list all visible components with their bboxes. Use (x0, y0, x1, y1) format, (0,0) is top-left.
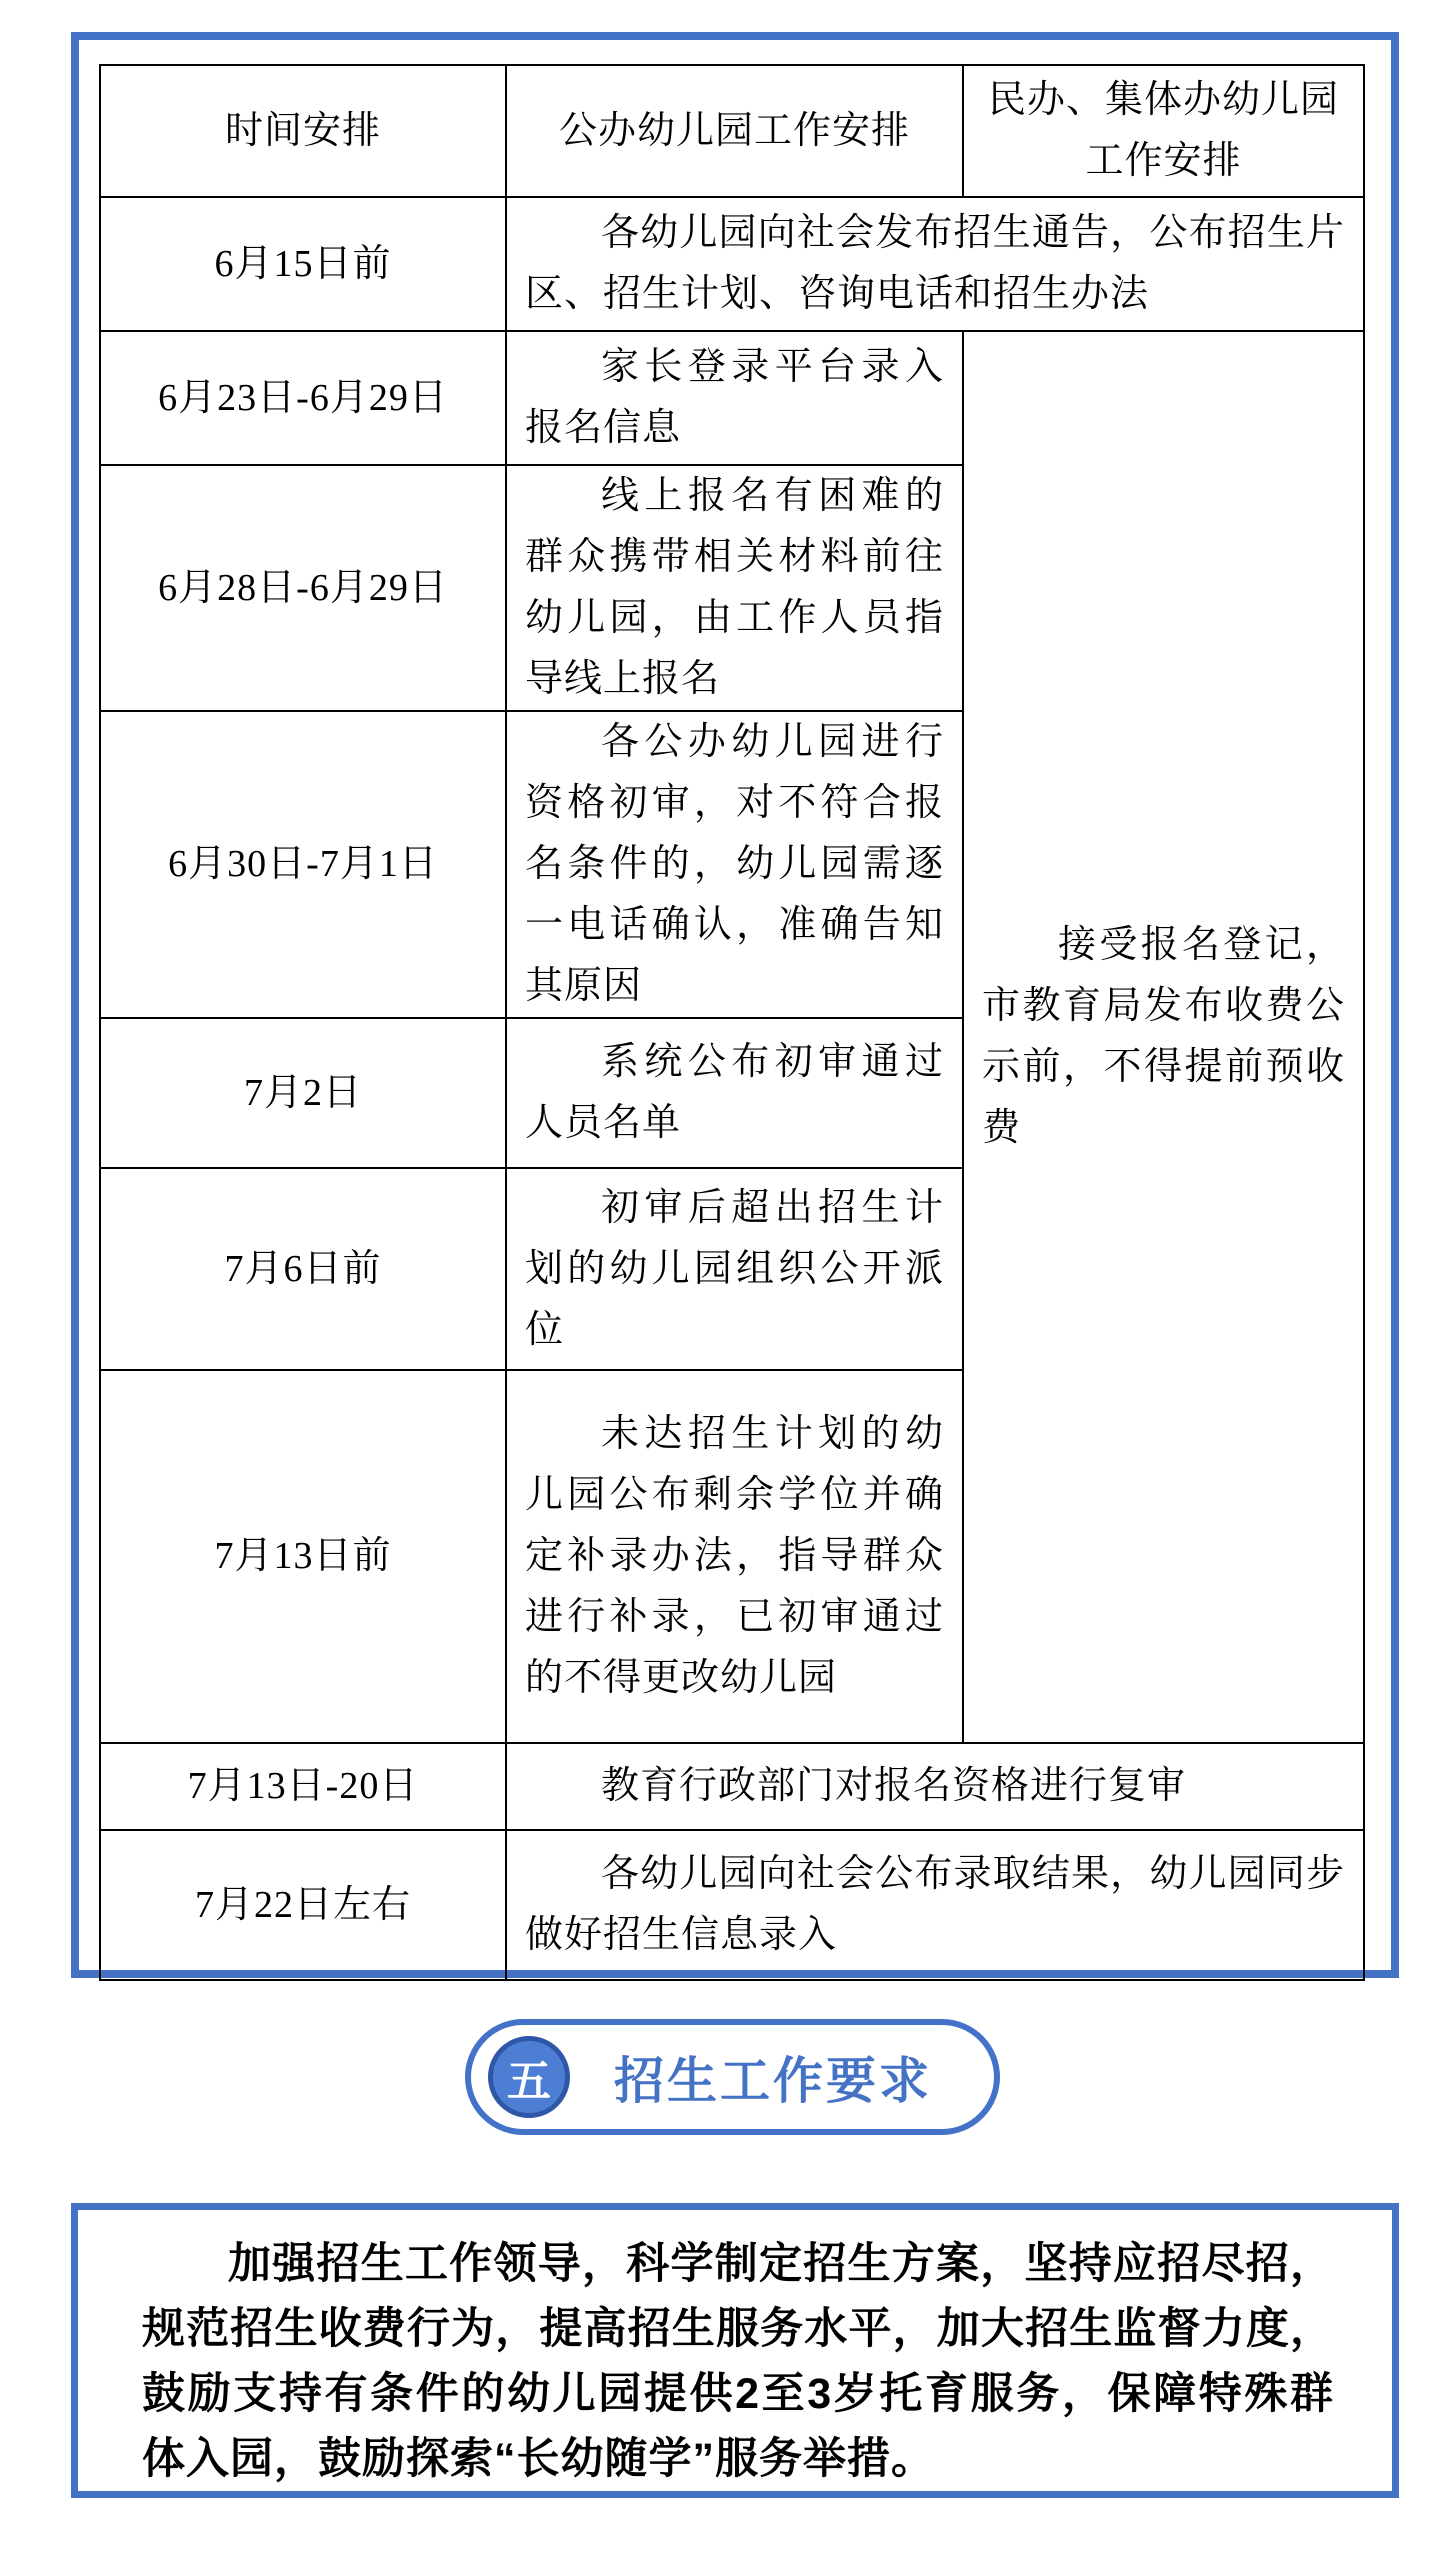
time-cell: 6月30日-7月1日 (100, 711, 506, 1018)
work-cell: 未达招生计划的幼儿园公布剩余学位并确定补录办法，指导群众进行补录，已初审通过的不… (506, 1370, 963, 1743)
work-cell: 家长登录平台录入报名信息 (506, 331, 963, 465)
section-badge: 五 招生工作要求 (465, 2019, 1000, 2135)
table-header-row: 时间安排 公办幼儿园工作安排 民办、集体办幼儿园工作安排 (100, 65, 1364, 197)
schedule-table-box: 时间安排 公办幼儿园工作安排 民办、集体办幼儿园工作安排 6月15日前 各幼儿园… (71, 32, 1399, 1978)
document-page: 时间安排 公办幼儿园工作安排 民办、集体办幼儿园工作安排 6月15日前 各幼儿园… (0, 0, 1440, 2560)
work-cell: 初审后超出招生计划的幼儿园组织公开派位 (506, 1168, 963, 1370)
work-text: 各幼儿园向社会发布招生通告，公布招生片区、招生计划、咨询电话和招生办法 (507, 203, 1363, 325)
section-title: 招生工作要求 (614, 2041, 932, 2113)
work-text: 未达招生计划的幼儿园公布剩余学位并确定补录办法，指导群众进行补录，已初审通过的不… (507, 1404, 962, 1709)
table-row: 7月22日左右 各幼儿园向社会公布录取结果，幼儿园同步做好招生信息录入 (100, 1830, 1364, 1980)
time-cell: 6月23日-6月29日 (100, 331, 506, 465)
header-cell-time: 时间安排 (100, 65, 506, 197)
private-merged-cell: 接受报名登记，市教育局发布收费公示前，不得提前预收费 (963, 331, 1364, 1743)
work-cell: 各幼儿园向社会发布招生通告，公布招生片区、招生计划、咨询电话和招生办法 (506, 197, 1364, 331)
time-cell: 7月6日前 (100, 1168, 506, 1370)
time-cell: 6月28日-6月29日 (100, 465, 506, 711)
work-text: 系统公布初审通过人员名单 (507, 1032, 962, 1154)
requirements-text: 加强招生工作领导，科学制定招生方案，坚持应招尽招，规范招生收费行为，提高招生服务… (142, 2232, 1334, 2492)
table-row: 6月23日-6月29日 家长登录平台录入报名信息 接受报名登记，市教育局发布收费… (100, 331, 1364, 465)
time-cell: 7月13日前 (100, 1370, 506, 1743)
work-text: 初审后超出招生计划的幼儿园组织公开派位 (507, 1178, 962, 1361)
header-cell-private: 民办、集体办幼儿园工作安排 (963, 65, 1364, 197)
section-number-circle: 五 (488, 2036, 570, 2118)
work-text: 线上报名有困难的群众携带相关材料前往幼儿园，由工作人员指导线上报名 (507, 466, 962, 710)
requirements-box: 加强招生工作领导，科学制定招生方案，坚持应招尽招，规范招生收费行为，提高招生服务… (71, 2203, 1399, 2498)
work-text: 家长登录平台录入报名信息 (507, 337, 962, 459)
work-cell: 线上报名有困难的群众携带相关材料前往幼儿园，由工作人员指导线上报名 (506, 465, 963, 711)
work-cell: 各幼儿园向社会公布录取结果，幼儿园同步做好招生信息录入 (506, 1830, 1364, 1980)
work-text: 教育行政部门对报名资格进行复审 (507, 1756, 1363, 1817)
time-cell: 7月2日 (100, 1018, 506, 1168)
time-cell: 7月13日-20日 (100, 1743, 506, 1830)
schedule-table: 时间安排 公办幼儿园工作安排 民办、集体办幼儿园工作安排 6月15日前 各幼儿园… (99, 64, 1365, 1981)
work-cell: 教育行政部门对报名资格进行复审 (506, 1743, 1364, 1830)
work-text: 各幼儿园向社会公布录取结果，幼儿园同步做好招生信息录入 (507, 1844, 1363, 1966)
time-cell: 7月22日左右 (100, 1830, 506, 1980)
table-row: 6月15日前 各幼儿园向社会发布招生通告，公布招生片区、招生计划、咨询电话和招生… (100, 197, 1364, 331)
work-cell: 各公办幼儿园进行资格初审，对不符合报名条件的，幼儿园需逐一电话确认，准确告知其原… (506, 711, 963, 1018)
header-cell-public: 公办幼儿园工作安排 (506, 65, 963, 197)
section-number: 五 (507, 2045, 551, 2109)
work-text: 各公办幼儿园进行资格初审，对不符合报名条件的，幼儿园需逐一电话确认，准确告知其原… (507, 712, 962, 1017)
private-merged-text: 接受报名登记，市教育局发布收费公示前，不得提前预收费 (964, 915, 1363, 1159)
time-cell: 6月15日前 (100, 197, 506, 331)
work-cell: 系统公布初审通过人员名单 (506, 1018, 963, 1168)
table-row: 7月13日-20日 教育行政部门对报名资格进行复审 (100, 1743, 1364, 1830)
